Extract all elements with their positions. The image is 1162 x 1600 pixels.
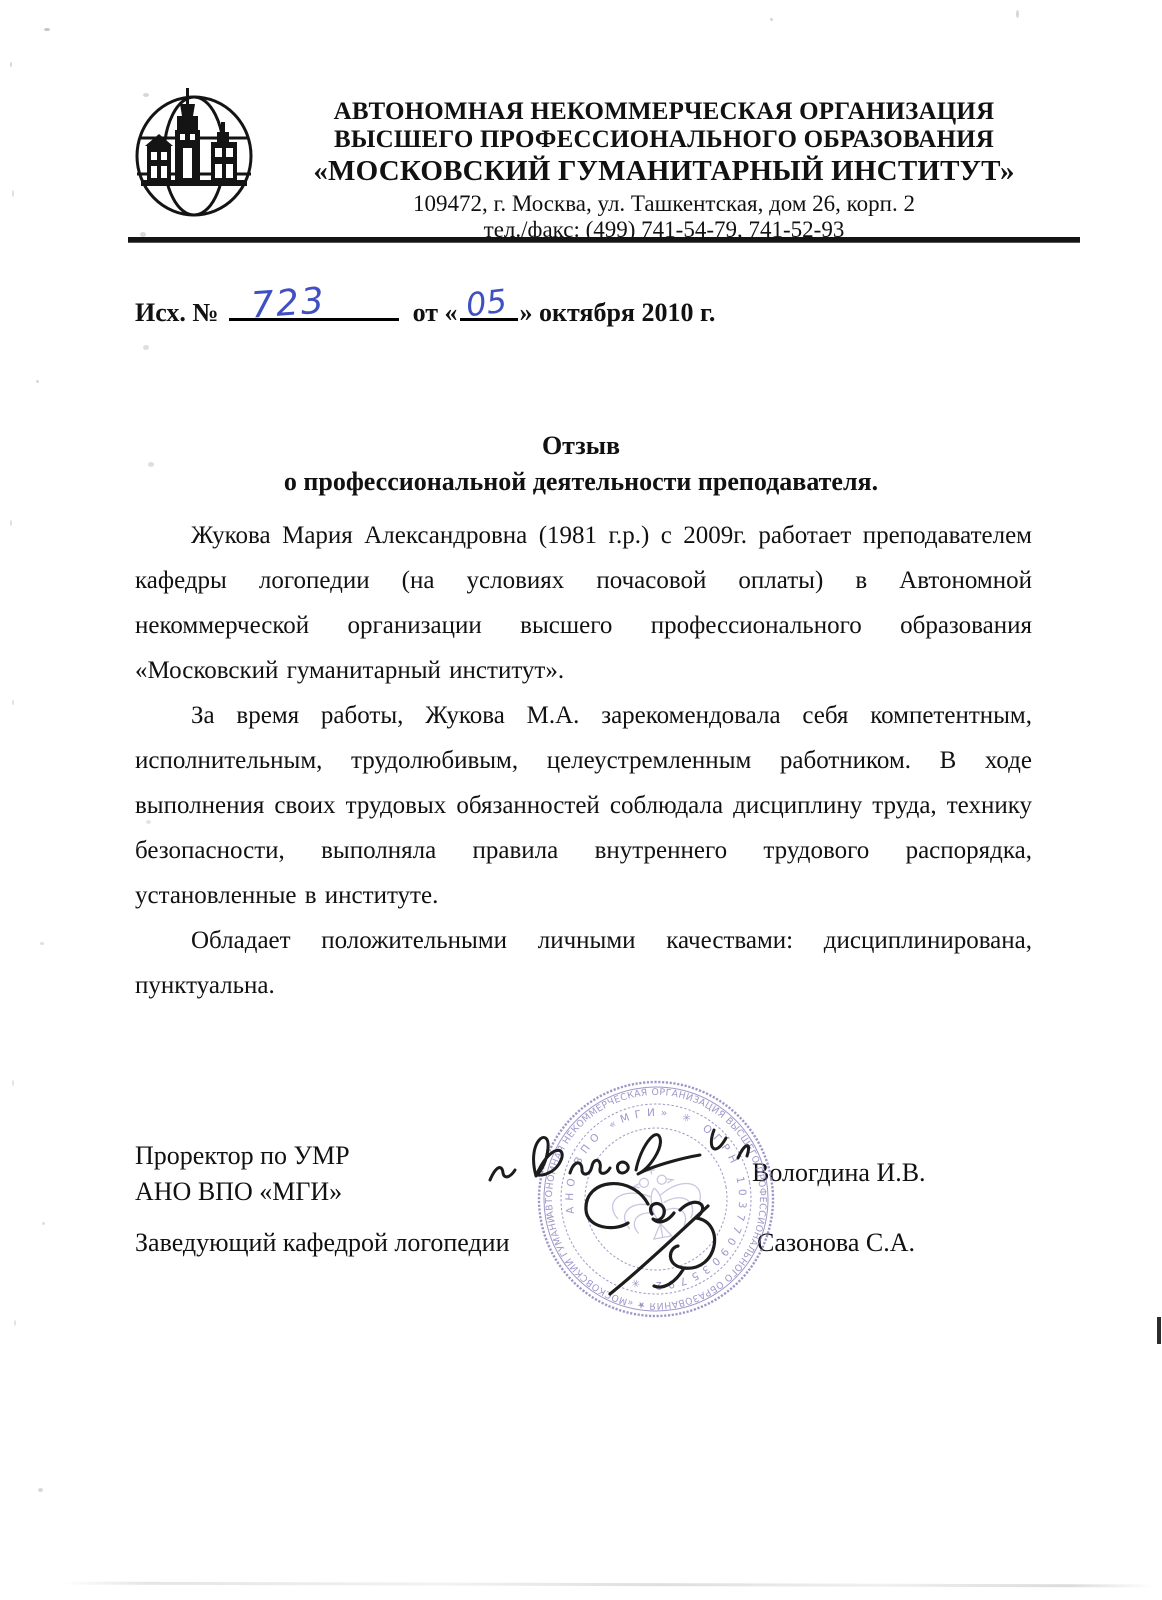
scan-speck [12, 190, 14, 197]
scan-speck [146, 578, 151, 582]
ref-day-blank: 05 [460, 290, 518, 321]
outgoing-ref-line: Исх. №723от «05» октября 2010 г. [135, 290, 715, 328]
scan-speck [12, 1080, 14, 1086]
scanned-letter-page: АВТОНОМНАЯ НЕКОММЕРЧЕСКАЯ ОРГАНИЗАЦИЯ ВЫ… [0, 0, 1162, 1600]
org-name-line-1: АВТОНОМНАЯ НЕКОММЕРЧЕСКАЯ ОРГАНИЗАЦИЯ [258, 98, 1070, 126]
signature-title-prorector-line-2: АНО ВПО «МГИ» [135, 1174, 350, 1210]
scan-speck [38, 1488, 43, 1492]
paragraph-3: Обладает положительными личными качества… [135, 918, 1032, 1008]
scan-speck [12, 700, 14, 705]
letterhead: АВТОНОМНАЯ НЕКОММЕРЧЕСКАЯ ОРГАНИЗАЦИЯ ВЫ… [258, 98, 1070, 243]
scan-edge-mark [1157, 1317, 1161, 1344]
scan-speck [42, 1222, 45, 1225]
scan-speck [10, 520, 12, 526]
scan-speck [140, 232, 146, 237]
signature-title-head-of-department: Заведующий кафедрой логопедии [135, 1228, 510, 1258]
scan-speck [146, 820, 151, 824]
ref-date-tail: » октября 2010 г. [520, 298, 716, 327]
ref-number-blank: 723 [229, 290, 399, 321]
signature-title-prorector-line-1: Проректор по УМР [135, 1138, 350, 1174]
org-name-line-2: ВЫСШЕГО ПРОФЕССИОНАЛЬНОГО ОБРАЗОВАНИЯ [258, 126, 1070, 154]
scan-speck [40, 942, 44, 945]
signature-ink-sazonova [552, 1168, 762, 1308]
scan-speck [770, 18, 773, 21]
ref-number-label: Исх. № [135, 298, 219, 327]
handwritten-day: 05 [463, 282, 508, 325]
org-name-line-3: «МОСКОВСКИЙ ГУМАНИТАРНЫЙ ИНСТИТУТ» [258, 155, 1070, 188]
scan-speck [14, 1320, 16, 1326]
scan-speck [143, 345, 149, 350]
scan-speck [1016, 10, 1019, 18]
letter-body: Жукова Мария Александровна (1981 г.р.) с… [135, 513, 1032, 1008]
institute-logo-icon [133, 86, 255, 218]
header-divider [128, 237, 1080, 243]
scan-smudge-line [60, 1582, 1155, 1588]
org-address: 109472, г. Москва, ул. Ташкентская, дом … [258, 191, 1070, 217]
document-title-line-2: о профессиональной деятельности преподав… [0, 464, 1162, 500]
handwritten-ref-number: 723 [249, 280, 326, 326]
document-title-line-1: Отзыв [0, 428, 1162, 464]
scan-speck [148, 462, 154, 467]
paragraph-2: За время работы, Жукова М.А. зарекомендо… [135, 693, 1032, 918]
document-title: Отзыв о профессиональной деятельности пр… [0, 428, 1162, 500]
scan-speck [44, 28, 50, 31]
scan-speck [143, 93, 149, 97]
signature-title-prorector: Проректор по УМР АНО ВПО «МГИ» [135, 1138, 350, 1210]
scan-speck [36, 380, 39, 383]
paragraph-1: Жукова Мария Александровна (1981 г.р.) с… [135, 513, 1032, 693]
scan-speck [10, 62, 12, 67]
ref-from-label: от « [413, 298, 458, 327]
